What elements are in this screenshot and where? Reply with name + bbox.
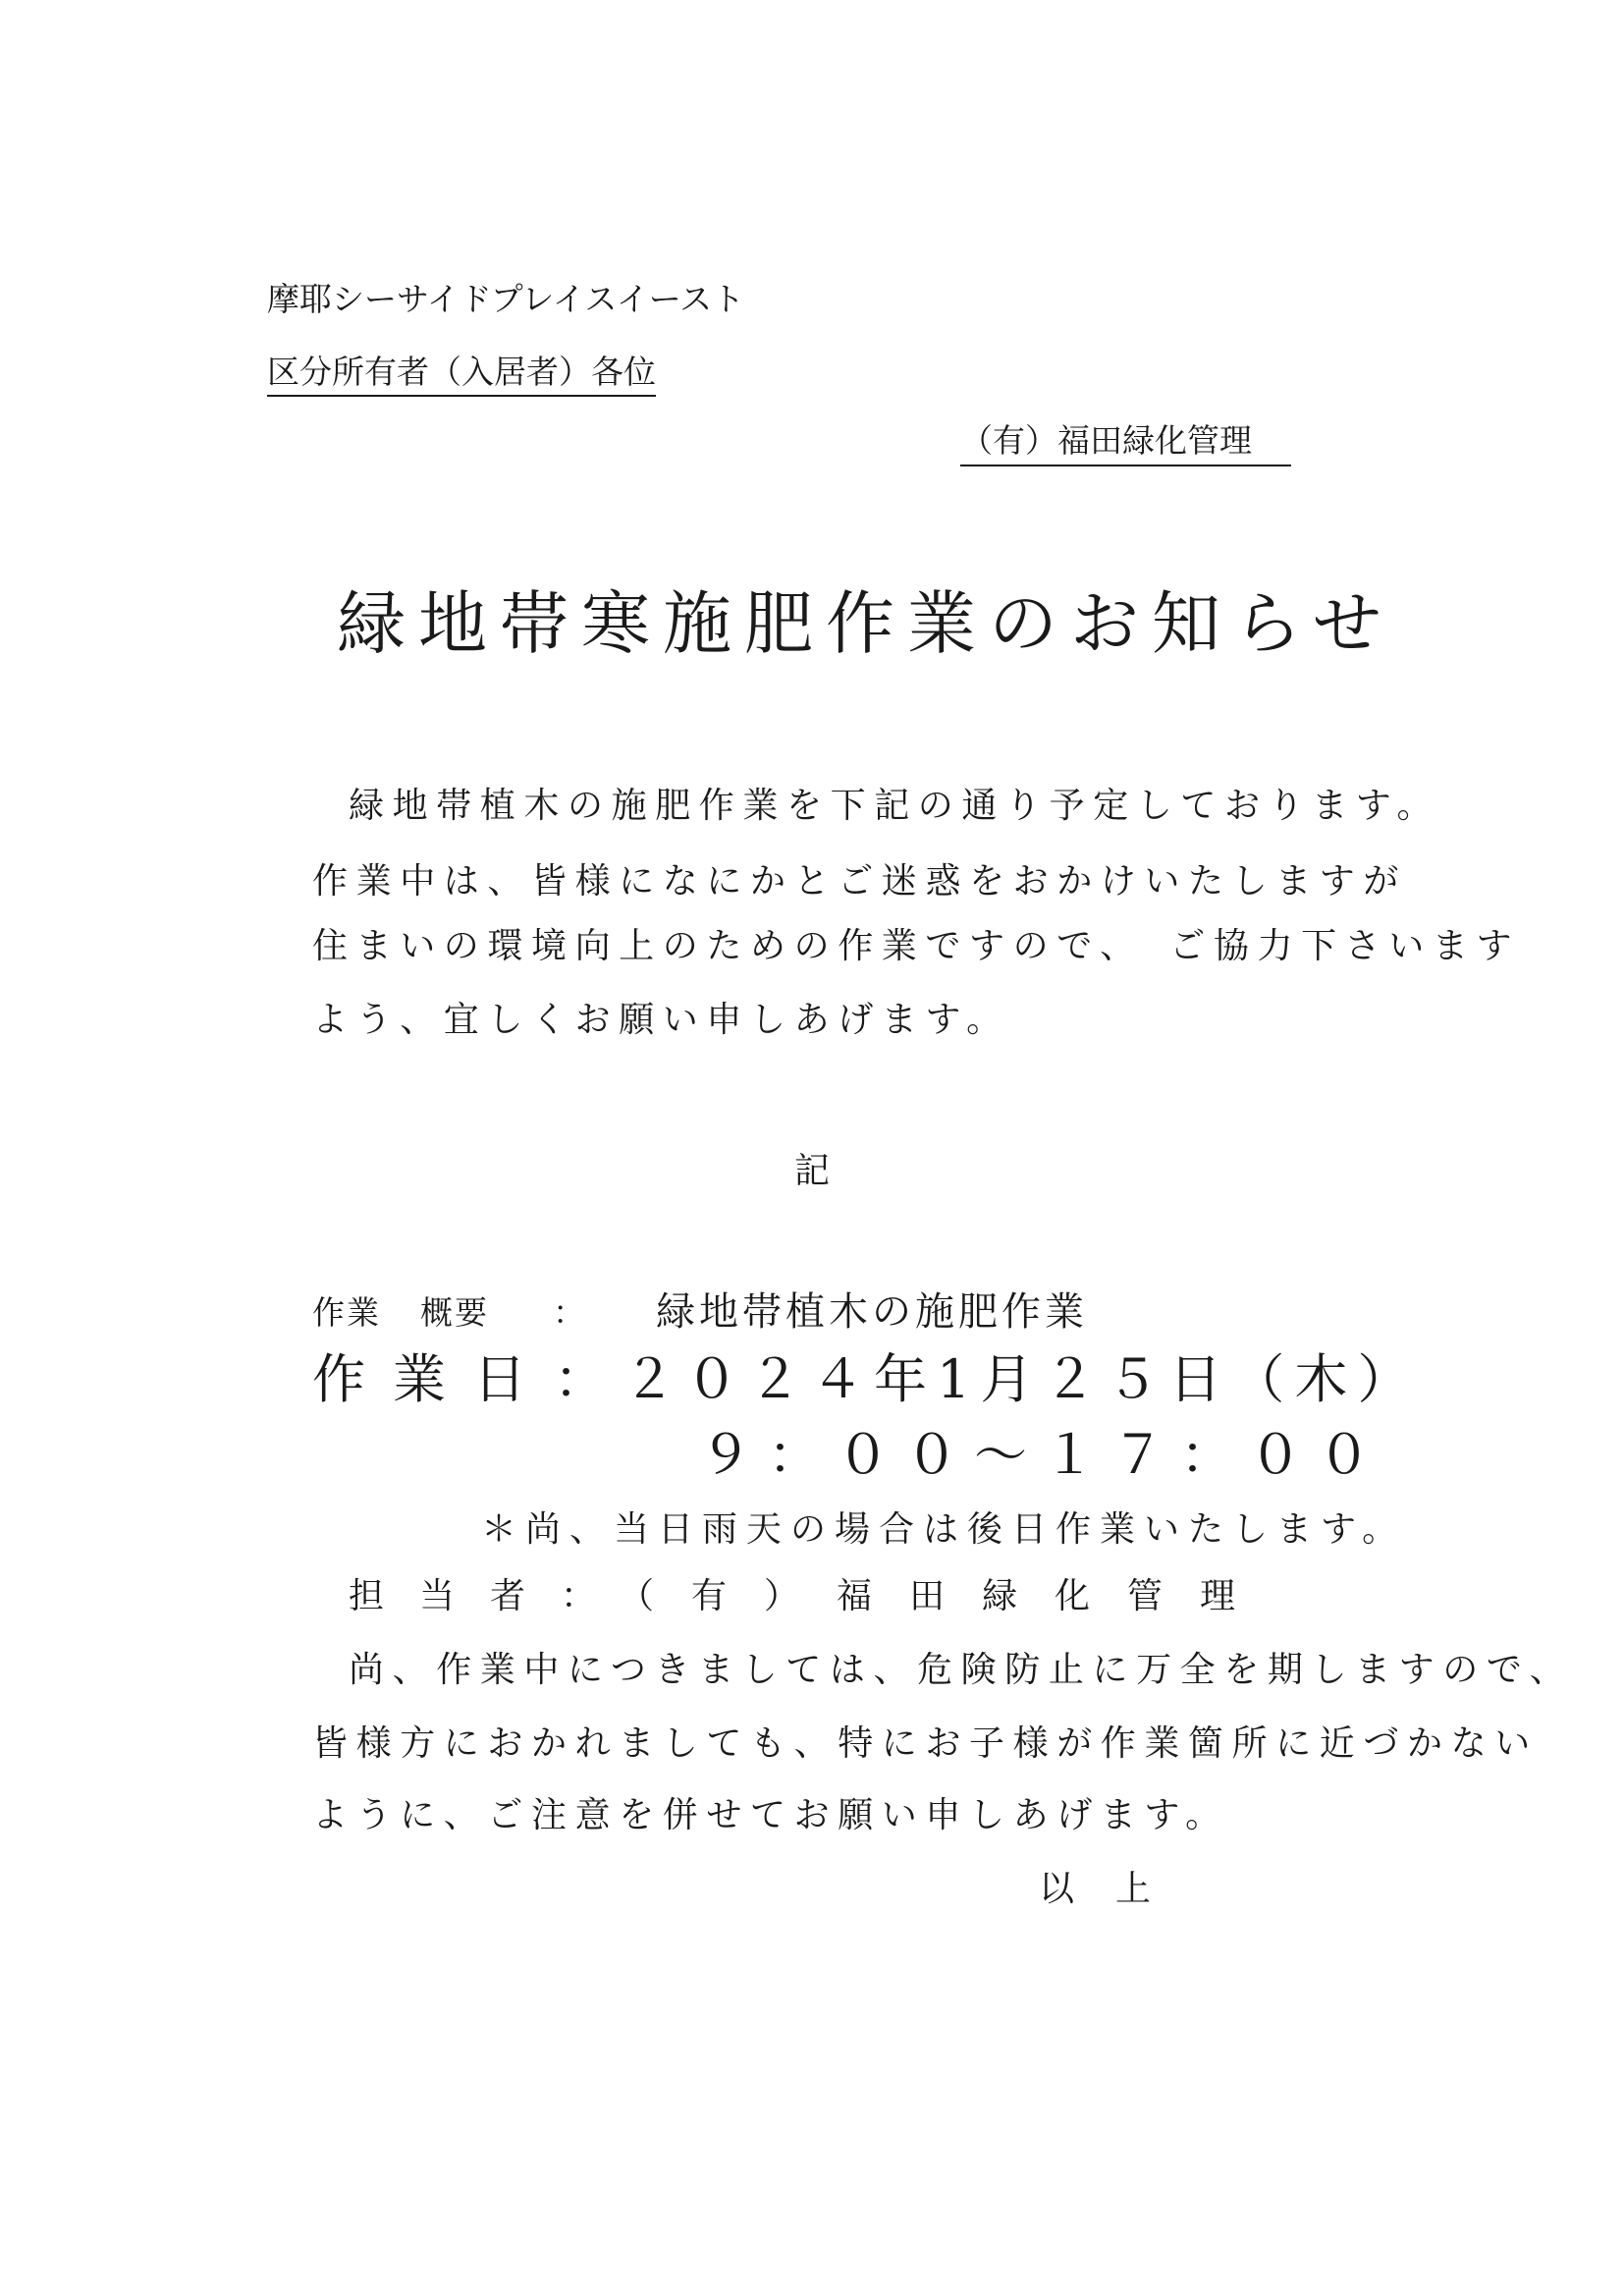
ki-heading: 記 bbox=[794, 1154, 830, 1189]
summary-colon: ： bbox=[553, 1296, 585, 1329]
work-time-value: ９：００～１７：００ bbox=[699, 1429, 1386, 1482]
closing-ijou: 以上 bbox=[1039, 1872, 1192, 1907]
document-title: 緑地帯寒施肥作業のお知らせ bbox=[337, 589, 1394, 658]
caution-line: ように、ご注意を併せてお願い申しあげます。 bbox=[312, 1798, 1229, 1833]
summary-label-part1: 作業 bbox=[312, 1293, 381, 1332]
work-date-label: 作業日： bbox=[312, 1353, 634, 1406]
summary-label: 作業概要 bbox=[312, 1296, 489, 1329]
intro-line: よう、宜しくお願い申しあげます。 bbox=[312, 1003, 1010, 1038]
summary-label-part2: 概要 bbox=[420, 1293, 489, 1332]
addressee-building: 摩耶シーサイドプレイスイースト bbox=[267, 283, 744, 315]
intro-line: 住まいの環境向上のための作業ですので、 ご協力下さいます bbox=[312, 929, 1520, 964]
intro-line: 作業中は、皆様になにかとご迷惑をおかけいたしますが bbox=[312, 864, 1407, 900]
addressee-owners: 区分所有者（入居者）各位 bbox=[267, 355, 656, 397]
contact-value: （有）福田緑化管理 bbox=[619, 1579, 1272, 1614]
contact-label: 担当者： bbox=[349, 1579, 631, 1614]
caution-line: 皆様方におかれましても、特にお子様が作業箇所に近づかない bbox=[312, 1726, 1539, 1762]
intro-line: 緑地帯植木の施肥作業を下記の通り予定しております。 bbox=[349, 789, 1440, 824]
rain-note: ＊尚、当日雨天の場合は後日作業いたします。 bbox=[481, 1512, 1406, 1548]
work-date-value: ２０２４年1月２５日（木） bbox=[623, 1353, 1420, 1406]
sender-company: （有）福田緑化管理 bbox=[960, 424, 1291, 466]
summary-value: 緑地帯植木の施肥作業 bbox=[656, 1292, 1088, 1332]
caution-line: 尚、作業中につきましては、危険防止に万全を期しますので、 bbox=[349, 1653, 1573, 1688]
